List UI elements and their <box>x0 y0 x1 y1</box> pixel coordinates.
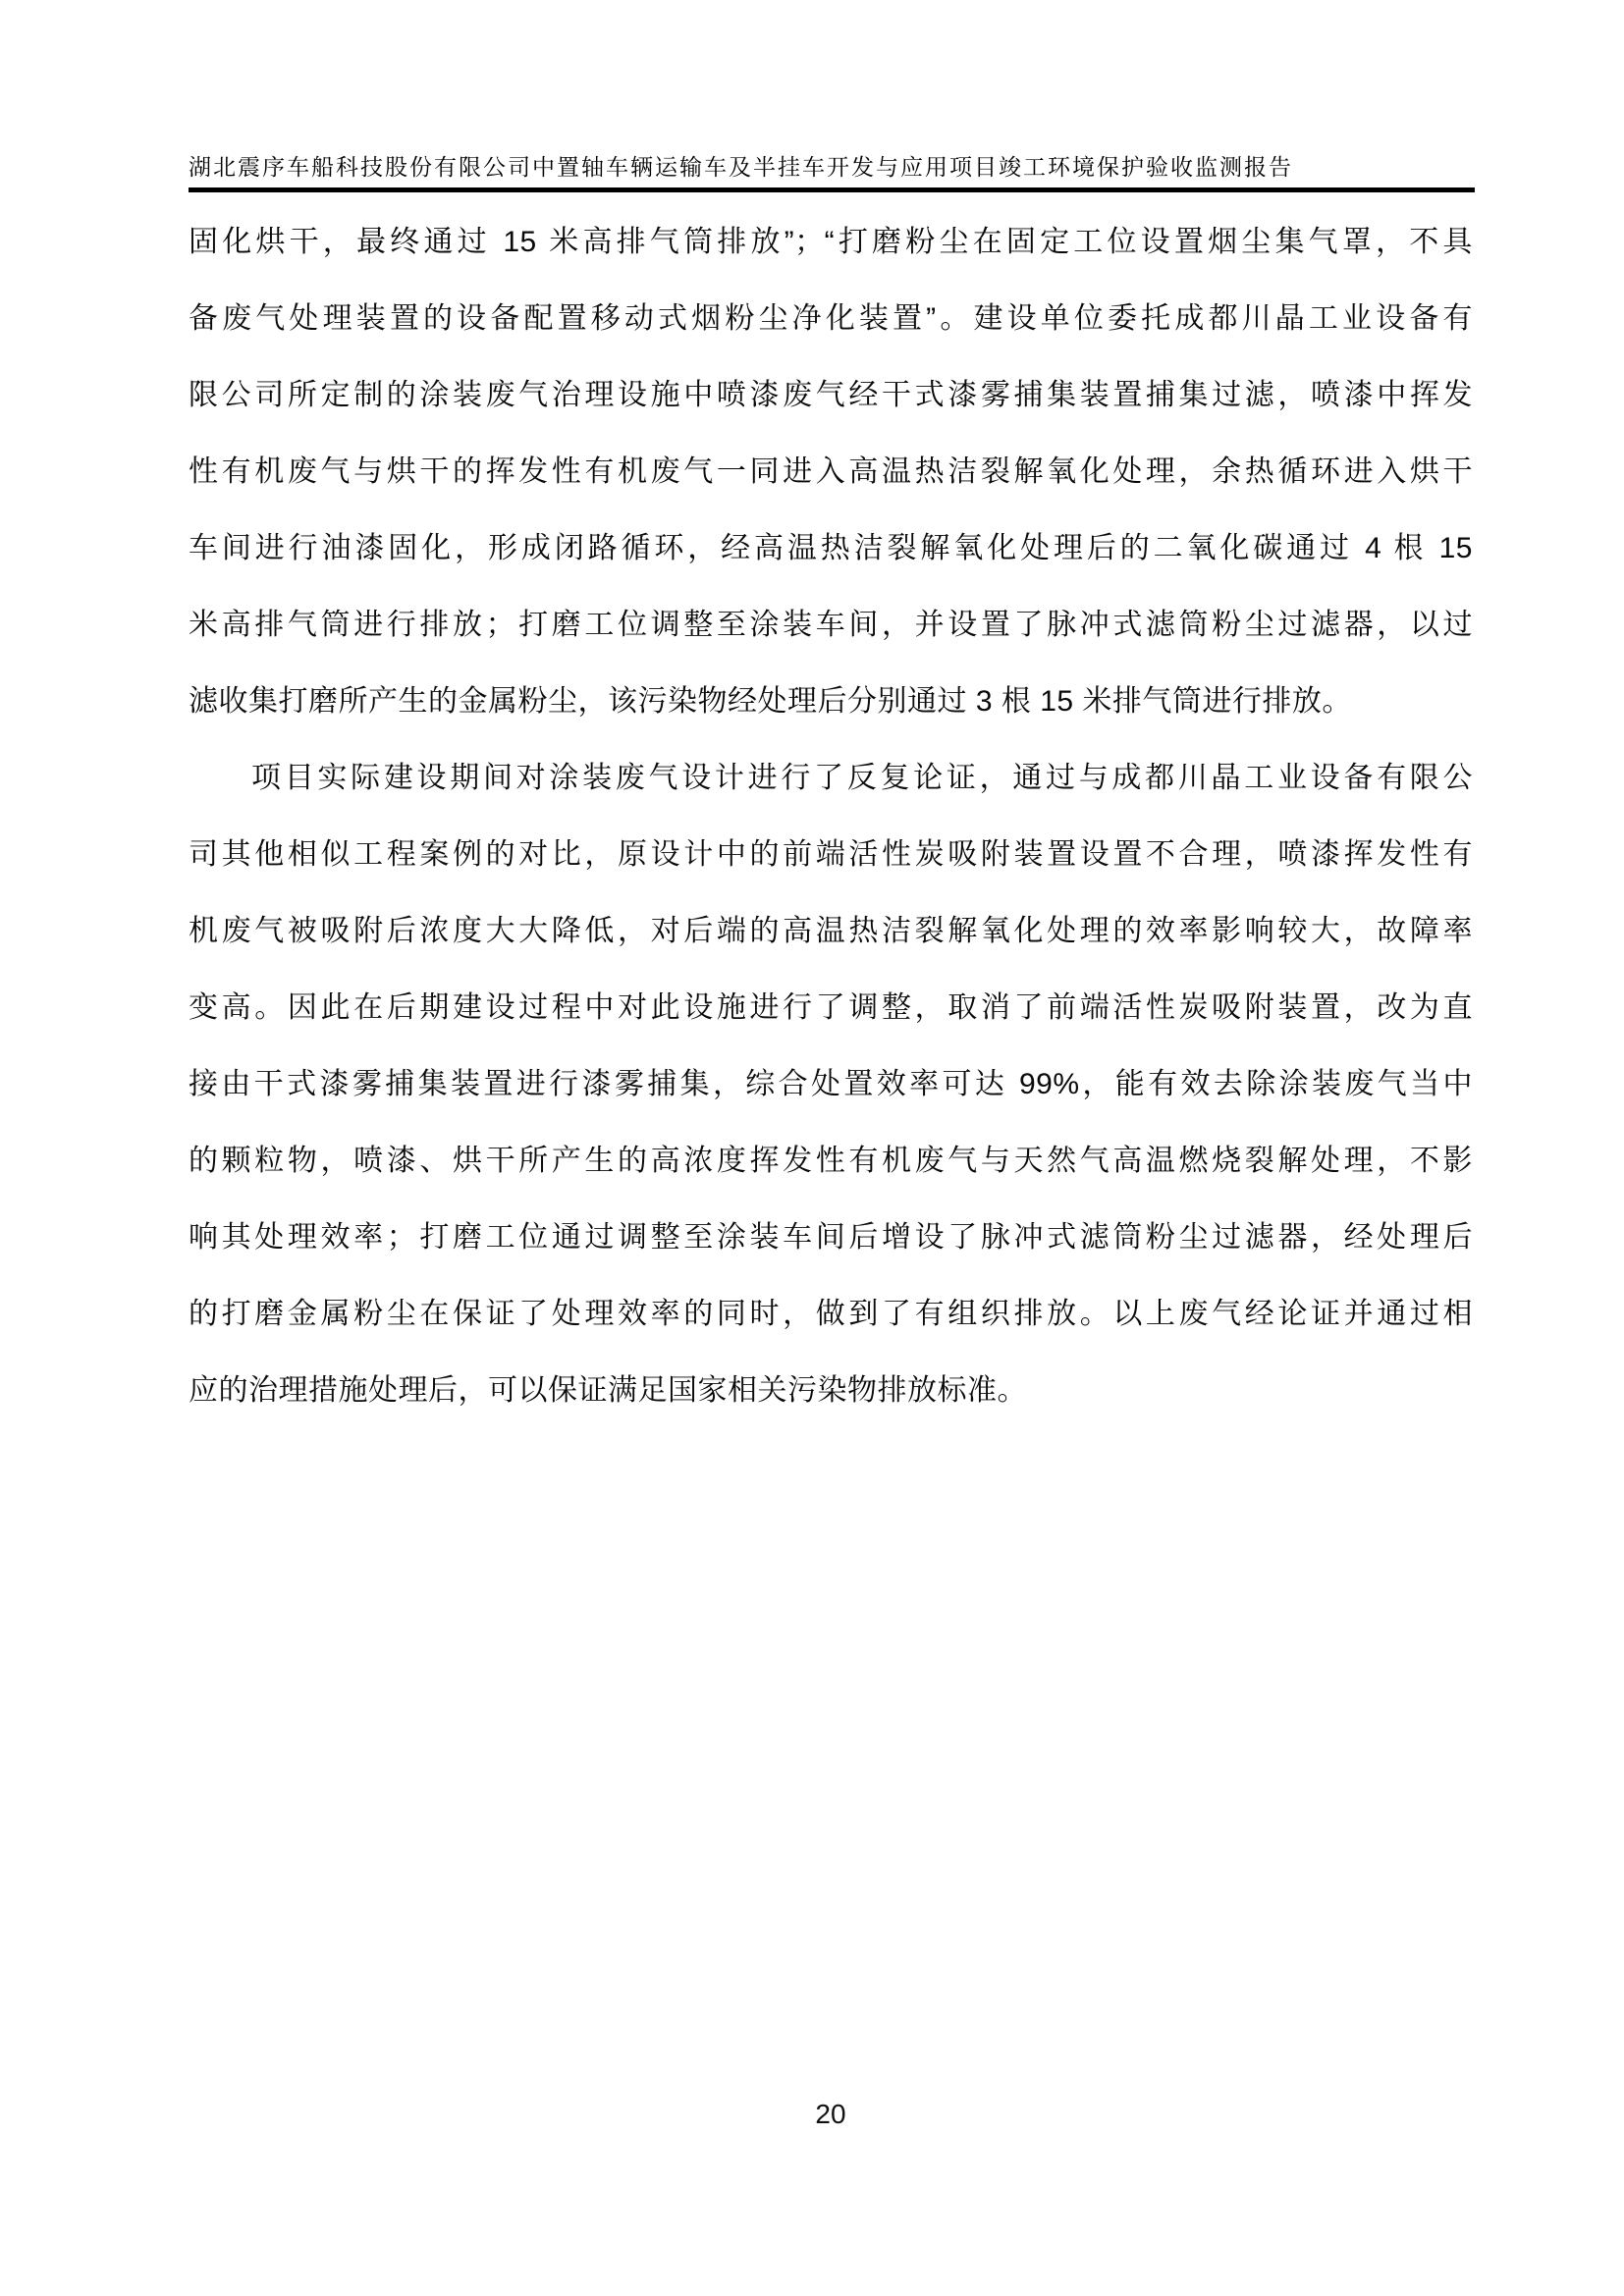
document-page: 湖北震序车船科技股份有限公司中置轴车辆运输车及半挂车开发与应用项目竣工环境保护验… <box>0 0 1624 2296</box>
paragraph-1-line-3: 限公司所定制的涂装废气治理设施中喷漆废气经干式漆雾捕集装置捕集过滤，喷漆中挥发 <box>189 357 1473 434</box>
paragraph-2-line-8: 的打磨金属粉尘在保证了处理效率的同时，做到了有组织排放。以上废气经论证并通过相 <box>189 1276 1473 1353</box>
paragraph-2-line-4: 变高。因此在后期建设过程中对此设施进行了调整，取消了前端活性炭吸附装置，改为直 <box>189 970 1473 1046</box>
paragraph-1-line-1: 固化烘干，最终通过 15 米高排气筒排放”；“打磨粉尘在固定工位设置烟尘集气罩，… <box>189 204 1473 281</box>
paragraph-2-line-2: 司其他相似工程案例的对比，原设计中的前端活性炭吸附装置设置不合理，喷漆挥发性有 <box>189 817 1473 893</box>
paragraph-1-line-7: 滤收集打磨所产生的金属粉尘，该污染物经处理后分别通过 3 根 15 米排气筒进行… <box>189 664 1473 740</box>
paragraph-2-line-7: 响其处理效率；打磨工位通过调整至涂装车间后增设了脉冲式滤筒粉尘过滤器，经处理后 <box>189 1200 1473 1276</box>
document-body: 固化烘干，最终通过 15 米高排气筒排放”；“打磨粉尘在固定工位设置烟尘集气罩，… <box>189 204 1473 1429</box>
paragraph-2-line-9: 应的治理措施处理后，可以保证满足国家相关污染物排放标准。 <box>189 1353 1473 1429</box>
paragraph-1-line-5: 车间进行油漆固化，形成闭路循环，经高温热洁裂解氧化处理后的二氧化碳通过 4 根 … <box>189 510 1473 587</box>
paragraph-2-line-5: 接由干式漆雾捕集装置进行漆雾捕集，综合处置效率可达 99%，能有效去除涂装废气当… <box>189 1046 1473 1123</box>
paragraph-1-line-2: 备废气处理装置的设备配置移动式烟粉尘净化装置”。建设单位委托成都川晶工业设备有 <box>189 281 1473 357</box>
paragraph-2-line-6: 的颗粒物，喷漆、烘干所产生的高浓度挥发性有机废气与天然气高温燃烧裂解处理，不影 <box>189 1123 1473 1200</box>
header-rule-divider <box>189 187 1475 192</box>
paragraph-1-line-6: 米高排气筒进行排放；打磨工位调整至涂装车间，并设置了脉冲式滤筒粉尘过滤器，以过 <box>189 587 1473 664</box>
paragraph-2-line-1: 项目实际建设期间对涂装废气设计进行了反复论证，通过与成都川晶工业设备有限公 <box>189 740 1473 817</box>
paragraph-1-line-4: 性有机废气与烘干的挥发性有机废气一同进入高温热洁裂解氧化处理，余热循环进入烘干 <box>189 434 1473 510</box>
paragraph-2-line-3: 机废气被吸附后浓度大大降低，对后端的高温热洁裂解氧化处理的效率影响较大，故障率 <box>189 893 1473 970</box>
running-header-title: 湖北震序车船科技股份有限公司中置轴车辆运输车及半挂车开发与应用项目竣工环境保护验… <box>189 149 1475 182</box>
page-number: 20 <box>189 2099 1473 2130</box>
